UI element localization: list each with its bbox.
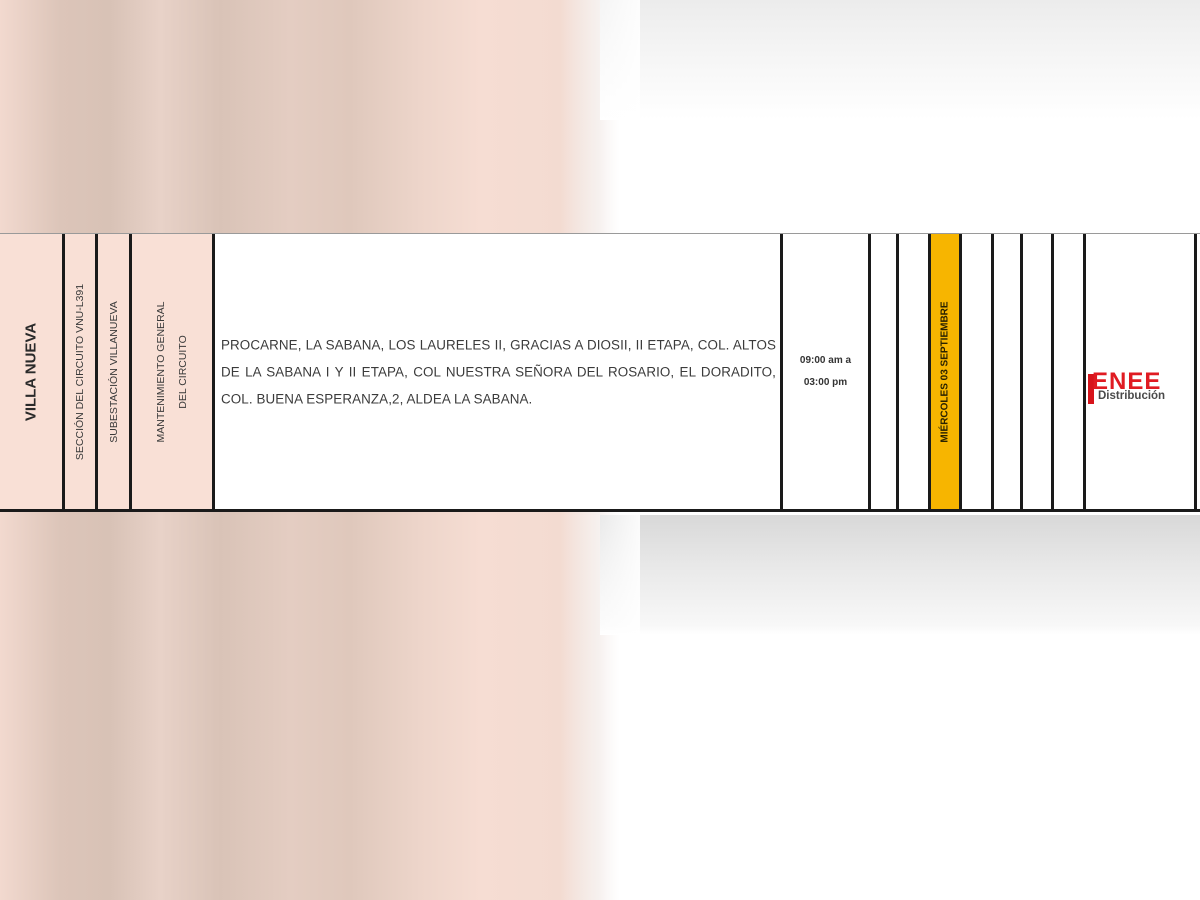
- affected-areas-cell: PROCARNE, LA SABANA, LOS LAURELES II, GR…: [215, 234, 783, 509]
- day-cell-highlighted: MIÉRCOLES 03 SEPTIEMBRE: [931, 234, 962, 509]
- work-type-line-2: DEL CIRCUITO: [172, 301, 194, 442]
- time-end: 03:00 pm: [783, 372, 868, 394]
- affected-areas-text: PROCARNE, LA SABANA, LOS LAURELES II, GR…: [221, 331, 776, 412]
- day-cell-empty-1: [871, 234, 899, 509]
- section-cell: SECCIÓN DEL CIRCUITO VNU-L391: [65, 234, 98, 509]
- work-type-cell: MANTENIMIENTO GENERAL DEL CIRCUITO: [132, 234, 215, 509]
- substation-cell: SUBESTACIÓN VILLANUEVA: [98, 234, 132, 509]
- day-cell-empty-3: [962, 234, 994, 509]
- day-cell-empty-5: [1023, 234, 1054, 509]
- logo-cell: ENEE Distribución: [1086, 234, 1197, 509]
- blurred-background-top: [600, 0, 1200, 120]
- day-cell-empty-2: [899, 234, 931, 509]
- outage-schedule-row: VILLA NUEVA SECCIÓN DEL CIRCUITO VNU-L39…: [0, 233, 1200, 512]
- time-start: 09:00 am a: [783, 350, 868, 372]
- municipality-cell: VILLA NUEVA: [0, 234, 65, 509]
- enee-logo-subtitle: Distribución: [1098, 390, 1165, 402]
- day-cell-empty-6: [1054, 234, 1086, 509]
- substation-label: SUBESTACIÓN VILLANUEVA: [108, 301, 120, 442]
- day-cell-empty-4: [994, 234, 1023, 509]
- time-range: 09:00 am a 03:00 pm: [783, 350, 868, 394]
- blurred-background-bottom: [600, 515, 1200, 635]
- day-label: MIÉRCOLES 03 SEPTIEMBRE: [940, 301, 951, 442]
- work-type-label: MANTENIMIENTO GENERAL DEL CIRCUITO: [150, 301, 194, 442]
- municipality-label: VILLA NUEVA: [23, 322, 40, 420]
- work-type-line-1: MANTENIMIENTO GENERAL: [150, 301, 172, 442]
- time-cell: 09:00 am a 03:00 pm: [783, 234, 871, 509]
- section-label: SECCIÓN DEL CIRCUITO VNU-L391: [74, 283, 86, 459]
